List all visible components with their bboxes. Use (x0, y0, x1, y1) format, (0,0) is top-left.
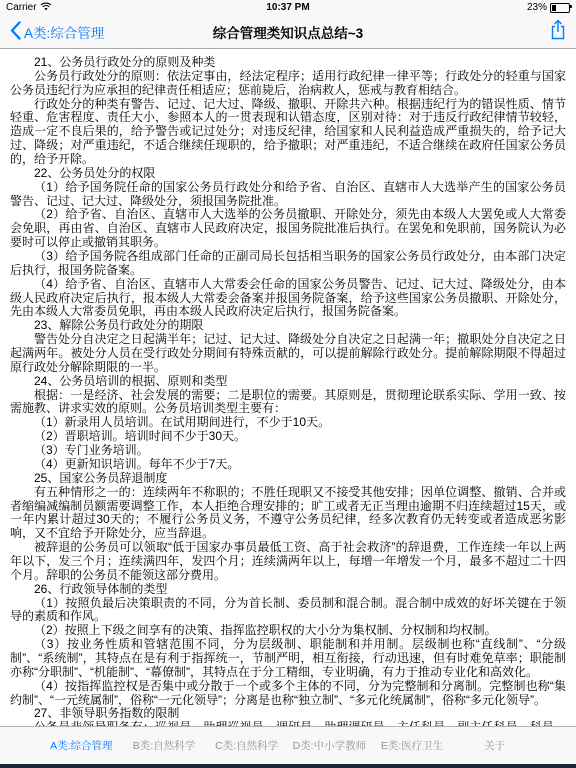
paragraph: （1）给予国务院任命的国家公务员行政处分和给予省、自治区、直辖市人大选举产生的国… (10, 181, 566, 209)
document-content[interactable]: 21、公务员行政处分的原则及种类 公务员行政处分的原则：依法定事由，经法定程序；… (0, 49, 576, 726)
paragraph: 24、公务员培训的根据、原则和类型 (10, 375, 566, 389)
navigation-bar: A类:综合管理 综合管理类知识点总结~3 (0, 15, 576, 49)
paragraph: （3）给予国务院各组成部门任命的正副司局长包括相当职务的国家公务员行政处分，由本… (10, 250, 566, 278)
share-button[interactable] (550, 19, 566, 45)
bottom-edge-strip (0, 764, 576, 768)
paragraph: 26、行政领导体制的类型 (10, 583, 566, 597)
paragraph: （3）专门业务培训。 (10, 444, 566, 458)
paragraph: （2）给予省、自治区、直辖市人大选举的公务员撤职、开除处分，须先由本级人大罢免或… (10, 208, 566, 250)
paragraph: 有五种情形之一的：连续两年不称职的；不胜任现职又不接受其他安排；因单位调整、撤销… (10, 486, 566, 541)
tab-d-school-teachers[interactable]: D类:中小学教师 (288, 738, 371, 753)
paragraph: （4）更新知识培训。每年不少于7天。 (10, 458, 566, 472)
chevron-left-icon (10, 21, 21, 43)
battery-icon (550, 3, 570, 13)
share-icon (550, 19, 566, 45)
clock: 10:37 PM (0, 2, 576, 13)
battery-percent-label: 23% (527, 2, 547, 13)
paragraph: 被辞退的公务员可以领取“低于国家办事员最低工资、高于社会救济”的辞退费，工作连续… (10, 541, 566, 583)
paragraph: （3）按业务性质和管辖范围不同，分为层级制、职能制和并用制。层级制也称“直线制”… (10, 638, 566, 680)
paragraph: （1）按照负最后决策职责的不同，分为首长制、委员制和混合制。混合制中成效的好坏关… (10, 597, 566, 625)
paragraph: （4）给予省、自治区、直辖市人大常委会任命的国家公务员警告、记过、记大过、降级处… (10, 278, 566, 320)
app-screen: Carrier 10:37 PM 23% A类:综合管理 综 (0, 0, 576, 768)
status-right: 23% (527, 2, 570, 13)
paragraph: 行政处分的种类有警告、记过、记大过、降级、撤职、开除共六种。根据违纪行为的错误性… (10, 98, 566, 167)
paragraph: 22、公务员处分的权限 (10, 167, 566, 181)
paragraph: 25、国家公务员辞退制度 (10, 472, 566, 486)
tab-a-general-management[interactable]: A类:综合管理 (40, 738, 123, 753)
paragraph: （4）按指挥监控权是否集中或分散于一个或多个主体的不同，分为完整制和分离制。完整… (10, 680, 566, 708)
back-button-label: A类:综合管理 (24, 22, 104, 42)
tab-bar: A类:综合管理 B类:自然科学 C类:自然科学 D类:中小学教师 E类:医疗卫生… (0, 726, 576, 764)
paragraph: 根据：一是经济、社会发展的需要；二是职位的需要。其原则是，贯彻理论联系实际、学用… (10, 389, 566, 417)
paragraph: （2）按照上下级之间享有的决策、指挥监控职权的大小分为集权制、分权制和均权制。 (10, 624, 566, 638)
status-bar: Carrier 10:37 PM 23% (0, 0, 576, 15)
wifi-icon (40, 2, 52, 14)
back-button[interactable]: A类:综合管理 (10, 21, 104, 43)
tab-b-natural-science[interactable]: B类:自然科学 (123, 738, 206, 753)
carrier-label: Carrier (6, 2, 37, 13)
paragraph: （2）晋职培训。培训时间不少于30天。 (10, 430, 566, 444)
paragraph: 21、公务员行政处分的原则及种类 (10, 56, 566, 70)
status-left: Carrier (6, 2, 52, 14)
paragraph: 公务员行政处分的原则：依法定事由，经法定程序；适用行政纪律一律平等；行政处分的轻… (10, 70, 566, 98)
tab-c-natural-science[interactable]: C类:自然科学 (205, 738, 288, 753)
tab-about[interactable]: 关于 (453, 738, 536, 753)
paragraph: 警告处分自决定之日起满半年；记过、记大过、降级处分自决定之日起满一年；撤职处分自… (10, 333, 566, 375)
tab-e-medical-health[interactable]: E类:医疗卫生 (371, 738, 454, 753)
